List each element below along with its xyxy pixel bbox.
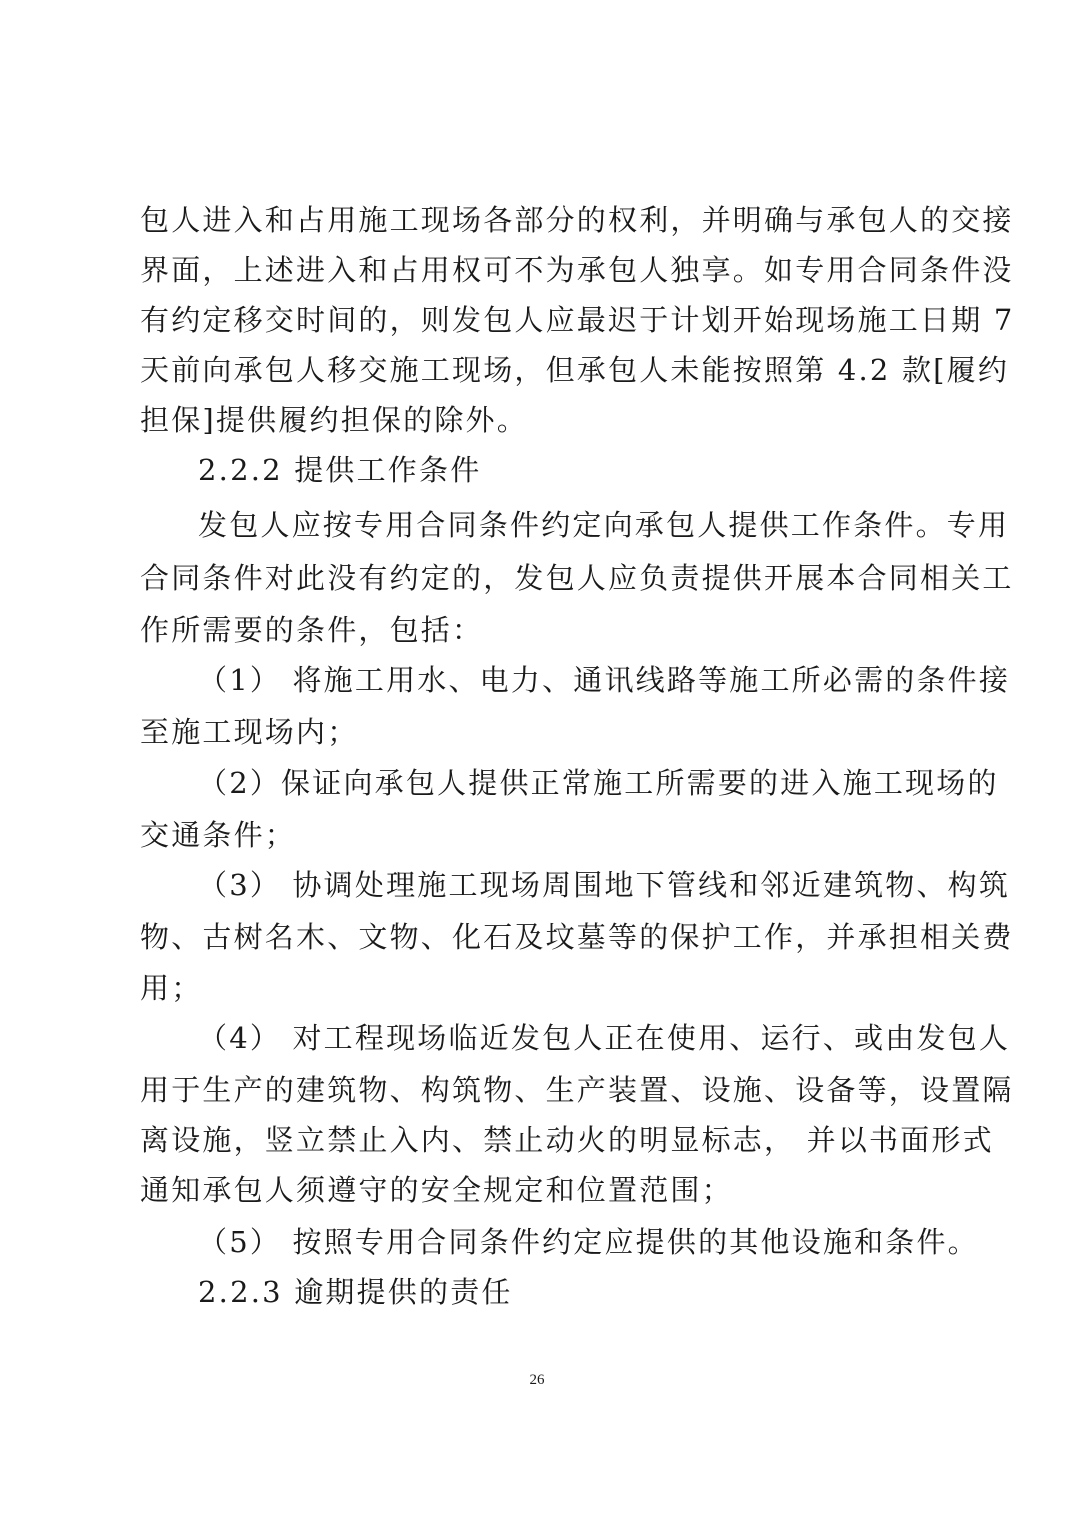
text-line: 作所需要的条件，包括： xyxy=(140,610,940,650)
text-line: 有约定移交时间的，则发包人应最迟于计划开始现场施工日期 7 xyxy=(140,300,940,340)
list-item-3: （3） 协调处理施工现场周围地下管线和邻近建筑物、构筑 xyxy=(198,865,940,905)
text-line: 包人进入和占用施工现场各部分的权利，并明确与承包人的交接 xyxy=(140,200,940,240)
text-line: 通知承包人须遵守的安全规定和位置范围； xyxy=(140,1170,940,1210)
document-page: 包人进入和占用施工现场各部分的权利，并明确与承包人的交接 界面，上述进入和占用权… xyxy=(0,0,1074,1520)
list-item-5: （5） 按照专用合同条件约定应提供的其他设施和条件。 xyxy=(198,1222,940,1262)
text-line: 界面，上述进入和占用权可不为承包人独享。如专用合同条件没 xyxy=(140,250,940,290)
text-line: 担保]提供履约担保的除外。 xyxy=(140,400,940,440)
section-heading-2-2-3: 2.2.3 逾期提供的责任 xyxy=(198,1272,940,1312)
text-line: 物、古树名木、文物、化石及坟墓等的保护工作，并承担相关费 xyxy=(140,917,940,957)
list-item-4: （4） 对工程现场临近发包人正在使用、运行、或由发包人 xyxy=(198,1018,940,1058)
text-line: 离设施，竖立禁止入内、禁止动火的明显标志， 并以书面形式 xyxy=(140,1120,940,1160)
text-line: 天前向承包人移交施工现场，但承包人未能按照第 4.2 款[履约 xyxy=(140,350,940,390)
text-line: 用于生产的建筑物、构筑物、生产装置、设施、设备等，设置隔 xyxy=(140,1070,940,1110)
section-heading-2-2-2: 2.2.2 提供工作条件 xyxy=(198,450,940,490)
page-number: 26 xyxy=(0,1372,1074,1389)
text-line: 用； xyxy=(140,968,940,1008)
text-line: 发包人应按专用合同条件约定向承包人提供工作条件。专用 xyxy=(198,505,940,545)
list-item-2: （2）保证向承包人提供正常施工所需要的进入施工现场的 xyxy=(198,763,940,803)
text-line: 交通条件； xyxy=(140,815,940,855)
list-item-1: （1） 将施工用水、电力、通讯线路等施工所必需的条件接 xyxy=(198,660,940,700)
text-line: 至施工现场内； xyxy=(140,712,940,752)
text-line: 合同条件对此没有约定的，发包人应负责提供开展本合同相关工 xyxy=(140,558,940,598)
